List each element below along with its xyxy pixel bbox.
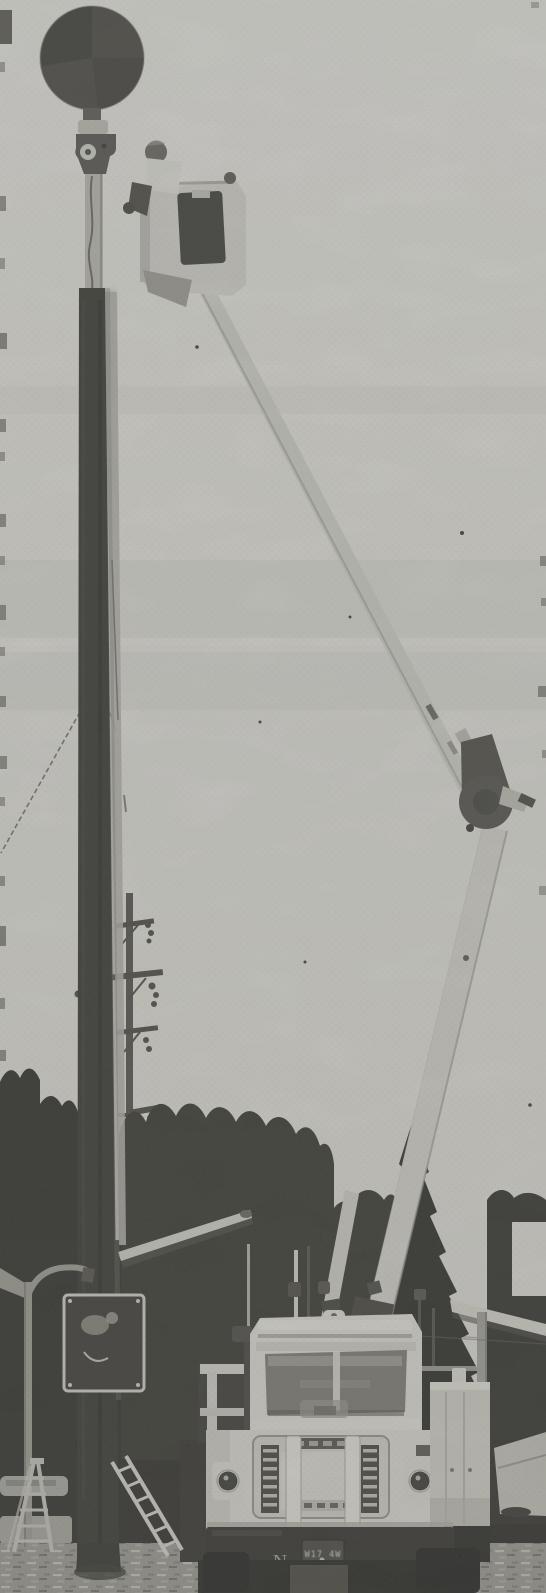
newspaper-photo-bucket-truck: W17 4W N (0, 0, 546, 1593)
photo-canvas: W17 4W N (0, 0, 546, 1593)
newsprint-mottle (0, 0, 546, 1593)
halftone-grain (0, 0, 546, 1593)
